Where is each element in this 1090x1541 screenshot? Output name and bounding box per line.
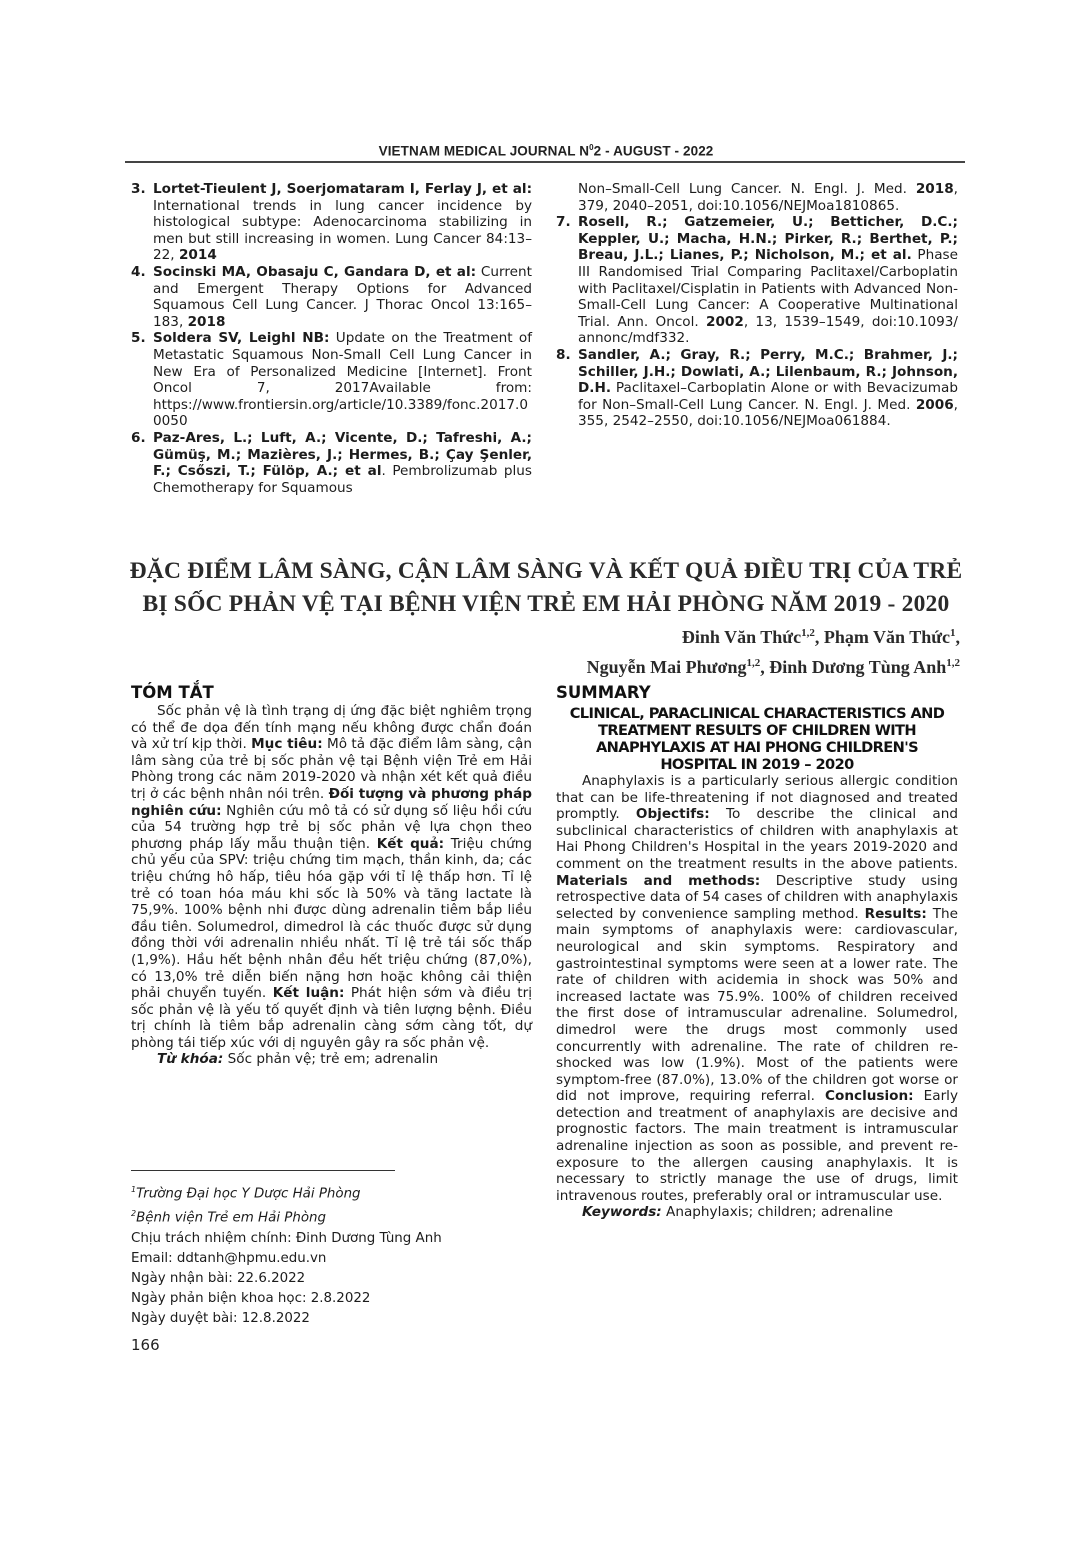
keywords-text: Sốc phản vệ; trẻ em; adrenalin bbox=[223, 1051, 438, 1067]
abstract-body-en: Anaphylaxis is a particularly serious al… bbox=[556, 773, 958, 1204]
author-affiliation: 1,2 bbox=[746, 657, 760, 669]
reference-authors: Soldera SV, Leighl NB: bbox=[153, 330, 329, 346]
affiliation-text: Bệnh viện Trẻ em Hải Phòng bbox=[136, 1211, 326, 1226]
abstract-vietnamese: TÓM TẮT Sốc phản vệ là tình trạng dị ứng… bbox=[131, 683, 532, 1068]
reference-year: 2006 bbox=[916, 397, 954, 413]
article-title: ĐẶC ĐIỂM LÂM SÀNG, CẬN LÂM SÀNG VÀ KẾT Q… bbox=[128, 555, 964, 621]
keywords-text: Anaphylaxis; children; adrenaline bbox=[662, 1204, 893, 1220]
footnote-rule bbox=[131, 1170, 395, 1171]
author-line-2: Nguyễn Mai Phương1,2, Đinh Dương Tùng An… bbox=[587, 650, 960, 680]
author-name: Đinh Dương Tùng Anh bbox=[769, 657, 946, 677]
affiliation-text: Trường Đại học Y Dược Hải Phòng bbox=[136, 1186, 360, 1201]
reference-year: 2018 bbox=[188, 314, 226, 330]
reference-number: 4. bbox=[131, 264, 146, 281]
reference-item: 3.Lortet-Tieulent J, Soerjomataram I, Fe… bbox=[131, 181, 532, 264]
reference-text: Non–Small-Cell Lung Cancer. N. Engl. J. … bbox=[578, 181, 916, 197]
abstract-heading-en: SUMMARY bbox=[556, 683, 958, 703]
date-accepted: Ngày duyệt bài: 12.8.2022 bbox=[131, 1309, 531, 1329]
references-left-column: 3.Lortet-Tieulent J, Soerjomataram I, Fe… bbox=[131, 181, 532, 496]
results-label: Results: bbox=[865, 906, 927, 922]
abstract-english: SUMMARY CLINICAL, PARACLINICAL CHARACTER… bbox=[556, 683, 958, 1221]
author-separator: , bbox=[760, 657, 769, 677]
keywords-vi: Từ khóa: Sốc phản vệ; trẻ em; adrenalin bbox=[131, 1051, 532, 1068]
objective-label: Objectifs: bbox=[636, 806, 710, 822]
reference-item: 4.Socinski MA, Obasaju C, Gandara D, et … bbox=[131, 264, 532, 330]
reference-authors: Rosell, R.; Gatzemeier, U.; Betticher, D… bbox=[578, 214, 958, 263]
reference-text: Paclitaxel–Carboplatin Alone or with Bev… bbox=[578, 380, 958, 413]
author-name: Nguyễn Mai Phương bbox=[587, 657, 747, 677]
keywords-label: Từ khóa: bbox=[157, 1051, 223, 1067]
author-affiliation: 1,2 bbox=[946, 657, 960, 669]
results-label: Kết quả: bbox=[377, 836, 444, 852]
keywords-label: Keywords: bbox=[582, 1204, 662, 1220]
references-right-column: Non–Small-Cell Lung Cancer. N. Engl. J. … bbox=[556, 181, 958, 430]
reference-number: 6. bbox=[131, 430, 146, 447]
reference-number: 8. bbox=[556, 347, 571, 364]
conclusion-label: Kết luận: bbox=[273, 985, 345, 1001]
article-title-line-1: ĐẶC ĐIỂM LÂM SÀNG, CẬN LÂM SÀNG VÀ KẾT Q… bbox=[128, 555, 964, 588]
issue-date: 2 - AUGUST - 2022 bbox=[594, 144, 714, 159]
author-separator: , bbox=[956, 627, 961, 647]
objective-label: Mục tiêu: bbox=[251, 736, 323, 752]
page-number: 166 bbox=[131, 1336, 160, 1354]
reference-authors: Lortet-Tieulent J, Soerjomataram I, Ferl… bbox=[153, 181, 532, 197]
date-received: Ngày nhận bài: 22.6.2022 bbox=[131, 1269, 531, 1289]
author-affiliation: 1,2 bbox=[801, 627, 815, 639]
results-text: The main symptoms of anaphylaxis were: c… bbox=[556, 906, 958, 1105]
author-list: Đinh Văn Thức1,2, Phạm Văn Thức1, Nguyễn… bbox=[587, 620, 960, 680]
reference-item: 5.Soldera SV, Leighl NB: Update on the T… bbox=[131, 330, 532, 430]
date-reviewed: Ngày phản biện khoa học: 2.8.2022 bbox=[131, 1289, 531, 1309]
conclusion-text: Early detection and treatment of anaphyl… bbox=[556, 1088, 958, 1204]
abstract-heading-vi: TÓM TẮT bbox=[131, 683, 532, 703]
abstract-body-vi: Sốc phản vệ là tình trạng dị ứng đặc biệ… bbox=[131, 703, 532, 1051]
affiliation-1: 1Trường Đại học Y Dược Hải Phòng bbox=[131, 1180, 531, 1204]
reference-year: 2002 bbox=[706, 314, 744, 330]
author-separator: , bbox=[815, 627, 824, 647]
footnotes: 1Trường Đại học Y Dược Hải Phòng 2Bệnh v… bbox=[131, 1180, 531, 1329]
contact-email[interactable]: Email: ddtanh@hpmu.edu.vn bbox=[131, 1249, 531, 1269]
article-title-line-2: BỊ SỐC PHẢN VỆ TẠI BỆNH VIỆN TRẺ EM HẢI … bbox=[128, 588, 964, 621]
reference-continuation: Non–Small-Cell Lung Cancer. N. Engl. J. … bbox=[556, 181, 958, 214]
author-line-1: Đinh Văn Thức1,2, Phạm Văn Thức1, bbox=[587, 620, 960, 650]
results-text: Triệu chứng chủ yếu của SPV: triệu chứng… bbox=[131, 836, 532, 1001]
reference-year: 2018 bbox=[916, 181, 954, 197]
reference-number: 5. bbox=[131, 330, 146, 347]
affiliation-2: 2Bệnh viện Trẻ em Hải Phòng bbox=[131, 1204, 531, 1228]
author-name: Đinh Văn Thức bbox=[682, 627, 801, 647]
english-title: CLINICAL, PARACLINICAL CHARACTERISTICS A… bbox=[556, 705, 958, 773]
methods-label: Materials and methods: bbox=[556, 873, 760, 889]
header-rule bbox=[125, 161, 965, 163]
reference-item: 8.Sandler, A.; Gray, R.; Perry, M.C.; Br… bbox=[556, 347, 958, 430]
journal-page: VIETNAM MEDICAL JOURNAL N02 - AUGUST - 2… bbox=[0, 0, 1090, 1541]
reference-authors: Socinski MA, Obasaju C, Gandara D, et al… bbox=[153, 264, 476, 280]
reference-year: 2014 bbox=[179, 247, 217, 263]
journal-name: VIETNAM MEDICAL JOURNAL N bbox=[379, 144, 590, 159]
keywords-en: Keywords: Anaphylaxis; children; adrenal… bbox=[556, 1204, 958, 1221]
running-header: VIETNAM MEDICAL JOURNAL N02 - AUGUST - 2… bbox=[128, 143, 964, 159]
author-name: Phạm Văn Thức bbox=[824, 627, 950, 647]
conclusion-label: Conclusion: bbox=[825, 1088, 914, 1104]
reference-item: 6.Paz-Ares, L.; Luft, A.; Vicente, D.; T… bbox=[131, 430, 532, 496]
reference-item: 7.Rosell, R.; Gatzemeier, U.; Betticher,… bbox=[556, 214, 958, 347]
reference-number: 3. bbox=[131, 181, 146, 198]
corresponding-author: Chịu trách nhiệm chính: Đinh Dương Tùng … bbox=[131, 1229, 531, 1249]
reference-number: 7. bbox=[556, 214, 571, 231]
